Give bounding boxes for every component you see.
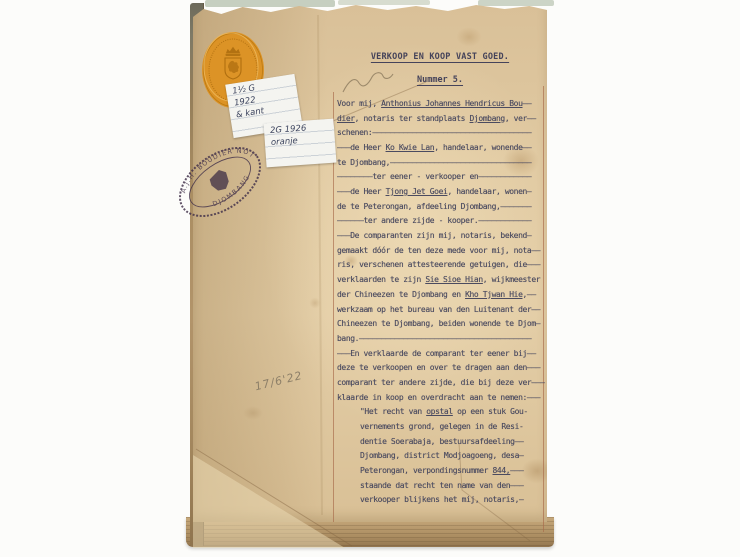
deed-line: schenen:————————————————————————————————… [337,128,531,142]
deed-line: klaarde in koop en overdracht aan te nem… [337,393,540,407]
deed-line: bang.———————————————————————————————————… [337,334,531,348]
deed-line: verklaarden te zijn Sie Sioe Hian, wijkm… [337,275,540,289]
notary-oval-stamp: A.J.H. BOUDIER NOTARIS DJOMBANG [170,132,270,232]
deed-line: ris, verschenen attesteerende getuigen, … [337,260,540,274]
deed-line: staande dat recht ten name van den——— [360,481,523,495]
deed-line: ———de Heer Ko Kwie Lan, handelaar, wonen… [337,143,531,157]
collector-note-2: 2G 1926 oranje [264,119,337,168]
deed-line: ———En verklaarde de comparant ter eener … [337,349,536,363]
deed-line: ———de Heer Tjong Jet Goei, handelaar, wo… [337,187,531,201]
deed-line: gemaakt dóór de ten deze mede voor mij, … [337,246,540,260]
deed-line: deze te verkoopen en over te dragen aan … [337,363,540,377]
deed-line: de te Peterongan, afdeeling Djombang,———… [337,202,531,216]
deed-line: te Djombang,————————————————————————————… [337,158,531,172]
deed-line: werkzaam op het bureau van den Luitenant… [337,305,540,319]
deed-line: dentie Soerabaja, bestuursafdeeling—— [360,437,523,451]
deed-line: "Het recht van opstal op een stuk Gou- [360,407,528,421]
deed-line: comparant ter andere zijde, die bij deze… [337,378,545,392]
deed-title: VERKOOP EN KOOP VAST GOED. [337,52,543,62]
deed-line: der Chineezen te Djombang en Kho Tjwan H… [337,290,536,304]
deed-line: verkooper blijkens het mij, notaris,— [360,495,523,509]
deed-line: Chineezen te Djombang, beiden wonende te… [337,319,540,333]
deed-line: vernements grond, gelegen in de Resi- [360,422,523,436]
photo-canvas: VERKOOP EN KOOP VAST GOED. Nummer 5. Voo… [0,0,740,557]
deed-line: ——————ter andere zijde - kooper.————————… [337,216,531,230]
deed-line: Voor mij, Anthonius Johannes Hendricus B… [337,99,531,113]
deed-line: Peterongan, verpondingsnummer 844,——— [360,466,523,480]
deed-line: dier, notaris ter standplaats Djombang, … [337,114,536,128]
deed-number: Nummer 5. [337,75,543,85]
note-line: oranje [271,133,330,149]
deed-line: Djombang, district Modjoagoeng, desa— [360,451,523,465]
deed-line: ————————ter eener - verkooper en————————… [337,172,531,186]
margin-rule-right [543,86,544,532]
deed-line: ———De comparanten zijn mij, notaris, bek… [337,231,531,245]
